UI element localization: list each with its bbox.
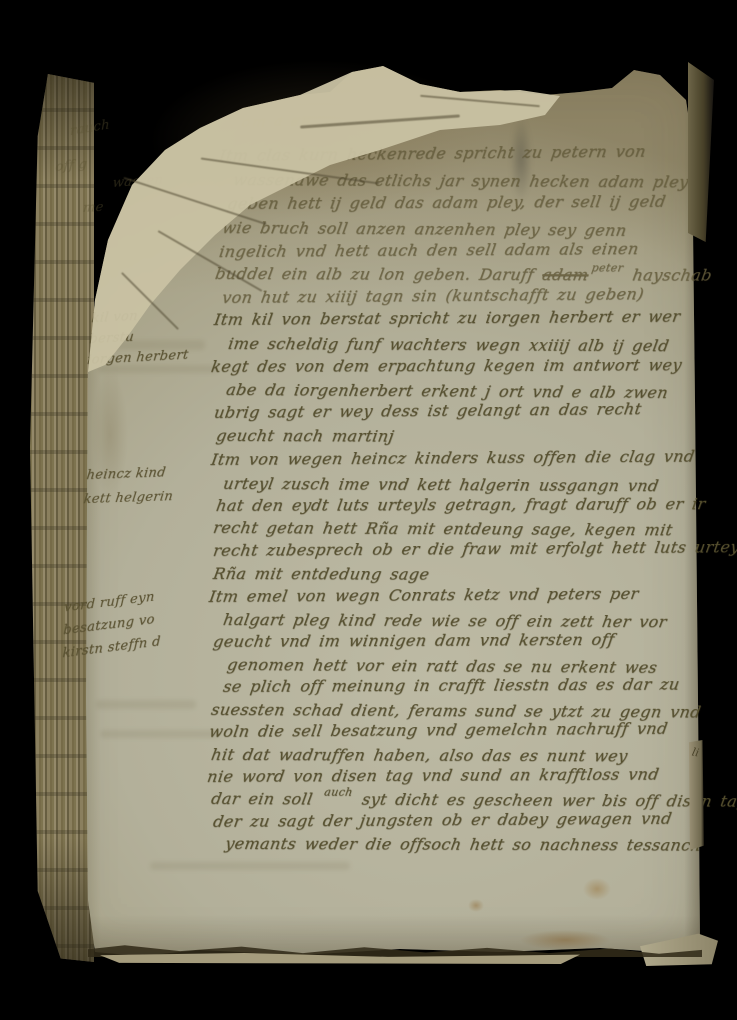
manuscript-line: recht getan hett Rña mit entdeung sage, … (212, 520, 674, 538)
photo-stage: om a en rauch off g wassen me Itm clas k… (0, 0, 737, 1020)
next-page-ink-mark: li (691, 745, 701, 759)
line-text: buddel ein alb zu lon geben. Daruff (214, 264, 544, 284)
line-text: hayschab (623, 265, 714, 284)
manuscript-line: Itm von wegen heincz kinders kuss offen … (210, 449, 696, 468)
struck-word: adam (541, 265, 590, 284)
fore-edge-top-sliver (688, 62, 714, 242)
manuscript-line: halgart pleg kind rede wie se off ein ze… (222, 612, 668, 630)
foxing-spot (520, 930, 610, 950)
manuscript-line: recht zubesprech ob er die fraw mit erfo… (212, 539, 737, 559)
manuscript-line: ime scheldig funf wachters wegn xxiiij a… (227, 336, 670, 354)
margin-note: heincz kind kett helgerin (82, 461, 177, 512)
fore-edge-next-page-sliver: li (689, 740, 704, 850)
interlinear-insertion: peter (591, 261, 625, 274)
manuscript-line: hat den eydt luts urteyls getragn, fragt… (215, 496, 707, 514)
line-text: syt dicht es gescheen wer bis off disen … (352, 790, 737, 811)
manuscript-line-with-insertion: dar ein soll auch syt dicht es gescheen … (210, 791, 737, 810)
manuscript-line: kegt des von dem erpachtung kegen im ant… (210, 357, 683, 375)
manuscript-line: von hut zu xiiij tagn sin (kuntschafft z… (221, 286, 645, 306)
foxing-spot (468, 899, 484, 912)
margin-note: vord ruff eyn besatzung vo kirstn steffn… (62, 585, 163, 665)
manuscript-line: abe da iorgenherbert erkent j ort vnd e … (225, 382, 669, 401)
margin-note-line: kett helgerin (82, 485, 174, 512)
manuscript-line: hit dat wadruffen haben, also das es nun… (210, 747, 629, 764)
bleed-through-text (96, 700, 196, 709)
manuscript-line: yemants weder die offsoch hett so nachne… (224, 836, 703, 854)
manuscript-line: suessten schad dient, ferams sund se ytz… (210, 702, 702, 721)
manuscript-line: se plich off meinung in crafft liesstn d… (222, 677, 681, 695)
manuscript-line: geucht vnd im winnigen dam vnd kersten o… (212, 632, 616, 650)
margin-note-line: heincz kind (85, 461, 177, 488)
bleed-through-text (150, 862, 350, 870)
line-text: dar ein soll (210, 789, 323, 809)
manuscript-line: Itm emel von wegn Conrats ketz vnd peter… (208, 586, 640, 605)
manuscript-line: wie bruch soll anzen anzenhen pley sey g… (221, 220, 628, 239)
manuscript-line: genomen hett vor ein ratt das se nu erke… (226, 657, 659, 676)
manuscript-line: geucht nach martinj (215, 428, 395, 445)
manuscript-line: ingelich vnd hett auch den sell adam als… (218, 241, 640, 260)
manuscript-line-with-correction: buddel ein alb zu lon geben. Daruff adam… (214, 266, 713, 284)
manuscript-line: Rña mit entdedung sage (212, 566, 431, 583)
manuscript-line: urteyl zusch ime vnd kett halgerin ussga… (222, 476, 660, 494)
margin-note-faint: me (82, 200, 104, 216)
interlinear-insertion: auch (323, 786, 354, 799)
manuscript-line: woln die sell besatzung vnd gemelchn nac… (208, 721, 669, 740)
foxing-spot (583, 878, 611, 900)
manuscript-line: der zu sagt der jungsten ob er dabey gew… (212, 811, 673, 830)
manuscript-line: nie word von disen tag vnd sund an kraff… (206, 767, 660, 785)
manuscript-line: Itm kil von berstat spricht zu iorgen he… (213, 309, 682, 328)
manuscript-line: geben hett ij geld das adam pley, der se… (226, 194, 667, 212)
manuscript-line: ubrig sagt er wey dess ist gelangt an da… (213, 401, 643, 421)
bleed-through-text (100, 730, 220, 738)
